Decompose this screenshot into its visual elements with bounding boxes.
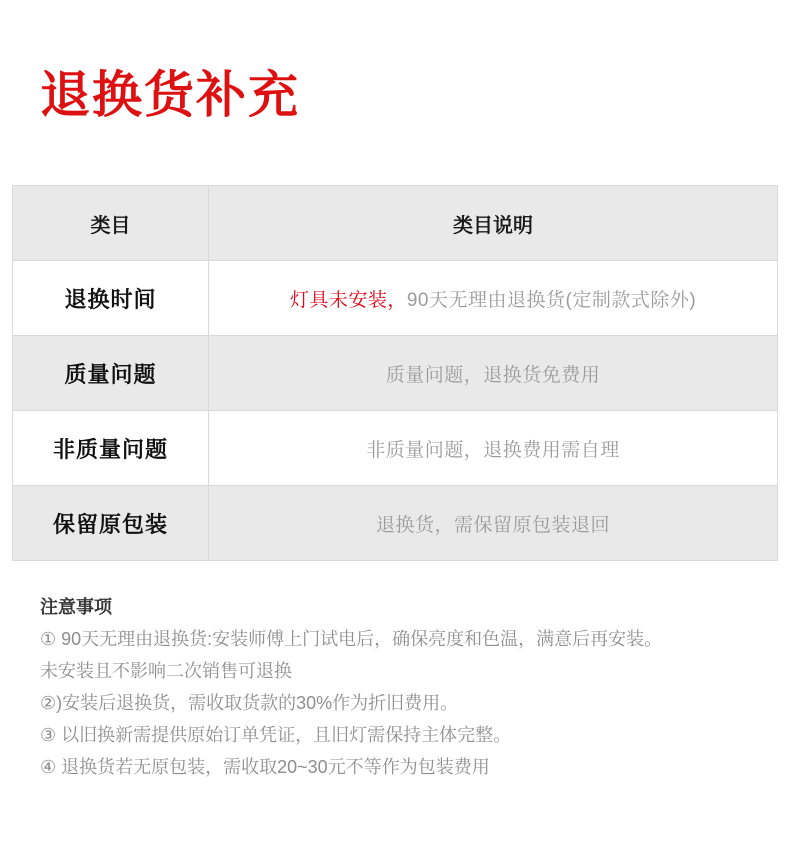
description-text: 质量问题，退换货免费用 <box>386 365 601 386</box>
notes-section: 注意事项 ① 90天无理由退换货:安装师傅上门试电后，确保亮度和色温，满意后再安… <box>40 591 750 783</box>
return-policy-table: 类目 类目说明 退换时间 灯具未安装，90天无理由退换货(定制款式除外) 质量问… <box>12 185 778 561</box>
header-cell-description: 类目说明 <box>209 186 778 261</box>
category-cell: 非质量问题 <box>13 411 209 486</box>
header-cell-category: 类目 <box>13 186 209 261</box>
note-line-3: ③ 以旧换新需提供原始订单凭证，且旧灯需保持主体完整。 <box>40 719 750 751</box>
note-line-4: ④ 退换货若无原包装，需收取20~30元不等作为包装费用 <box>40 751 750 783</box>
category-cell: 保留原包装 <box>13 486 209 561</box>
table-header-row: 类目 类目说明 <box>13 186 778 261</box>
table-row-keep-packaging: 保留原包装 退换货，需保留原包装退回 <box>13 486 778 561</box>
highlighted-text: 灯具未安装， <box>290 290 407 311</box>
description-text: 非质量问题，退换费用需自理 <box>366 440 620 461</box>
category-cell: 退换时间 <box>13 261 209 336</box>
category-cell: 质量问题 <box>13 336 209 411</box>
note-line-1-continued: 未安装且不影响二次销售可退换 <box>40 655 750 687</box>
page-title: 退换货补充 <box>40 70 790 120</box>
description-text: 90天无理由退换货(定制款式除外) <box>407 290 696 311</box>
description-cell: 非质量问题，退换费用需自理 <box>209 411 778 486</box>
table-row-non-quality-issue: 非质量问题 非质量问题，退换费用需自理 <box>13 411 778 486</box>
note-line-1: ① 90天无理由退换货:安装师傅上门试电后，确保亮度和色温，满意后再安装。 <box>40 623 750 655</box>
description-cell: 质量问题，退换货免费用 <box>209 336 778 411</box>
notes-heading: 注意事项 <box>40 591 750 623</box>
description-cell: 灯具未安装，90天无理由退换货(定制款式除外) <box>209 261 778 336</box>
description-text: 退换货，需保留原包装退回 <box>376 515 610 536</box>
table-row-return-time: 退换时间 灯具未安装，90天无理由退换货(定制款式除外) <box>13 261 778 336</box>
note-line-2: ②)安装后退换货，需收取货款的30%作为折旧费用。 <box>40 687 750 719</box>
table-row-quality-issue: 质量问题 质量问题，退换货免费用 <box>13 336 778 411</box>
description-cell: 退换货，需保留原包装退回 <box>209 486 778 561</box>
return-policy-section: 退换货补充 类目 类目说明 退换时间 灯具未安装，90天无理由退换货(定制款式除… <box>0 0 790 845</box>
